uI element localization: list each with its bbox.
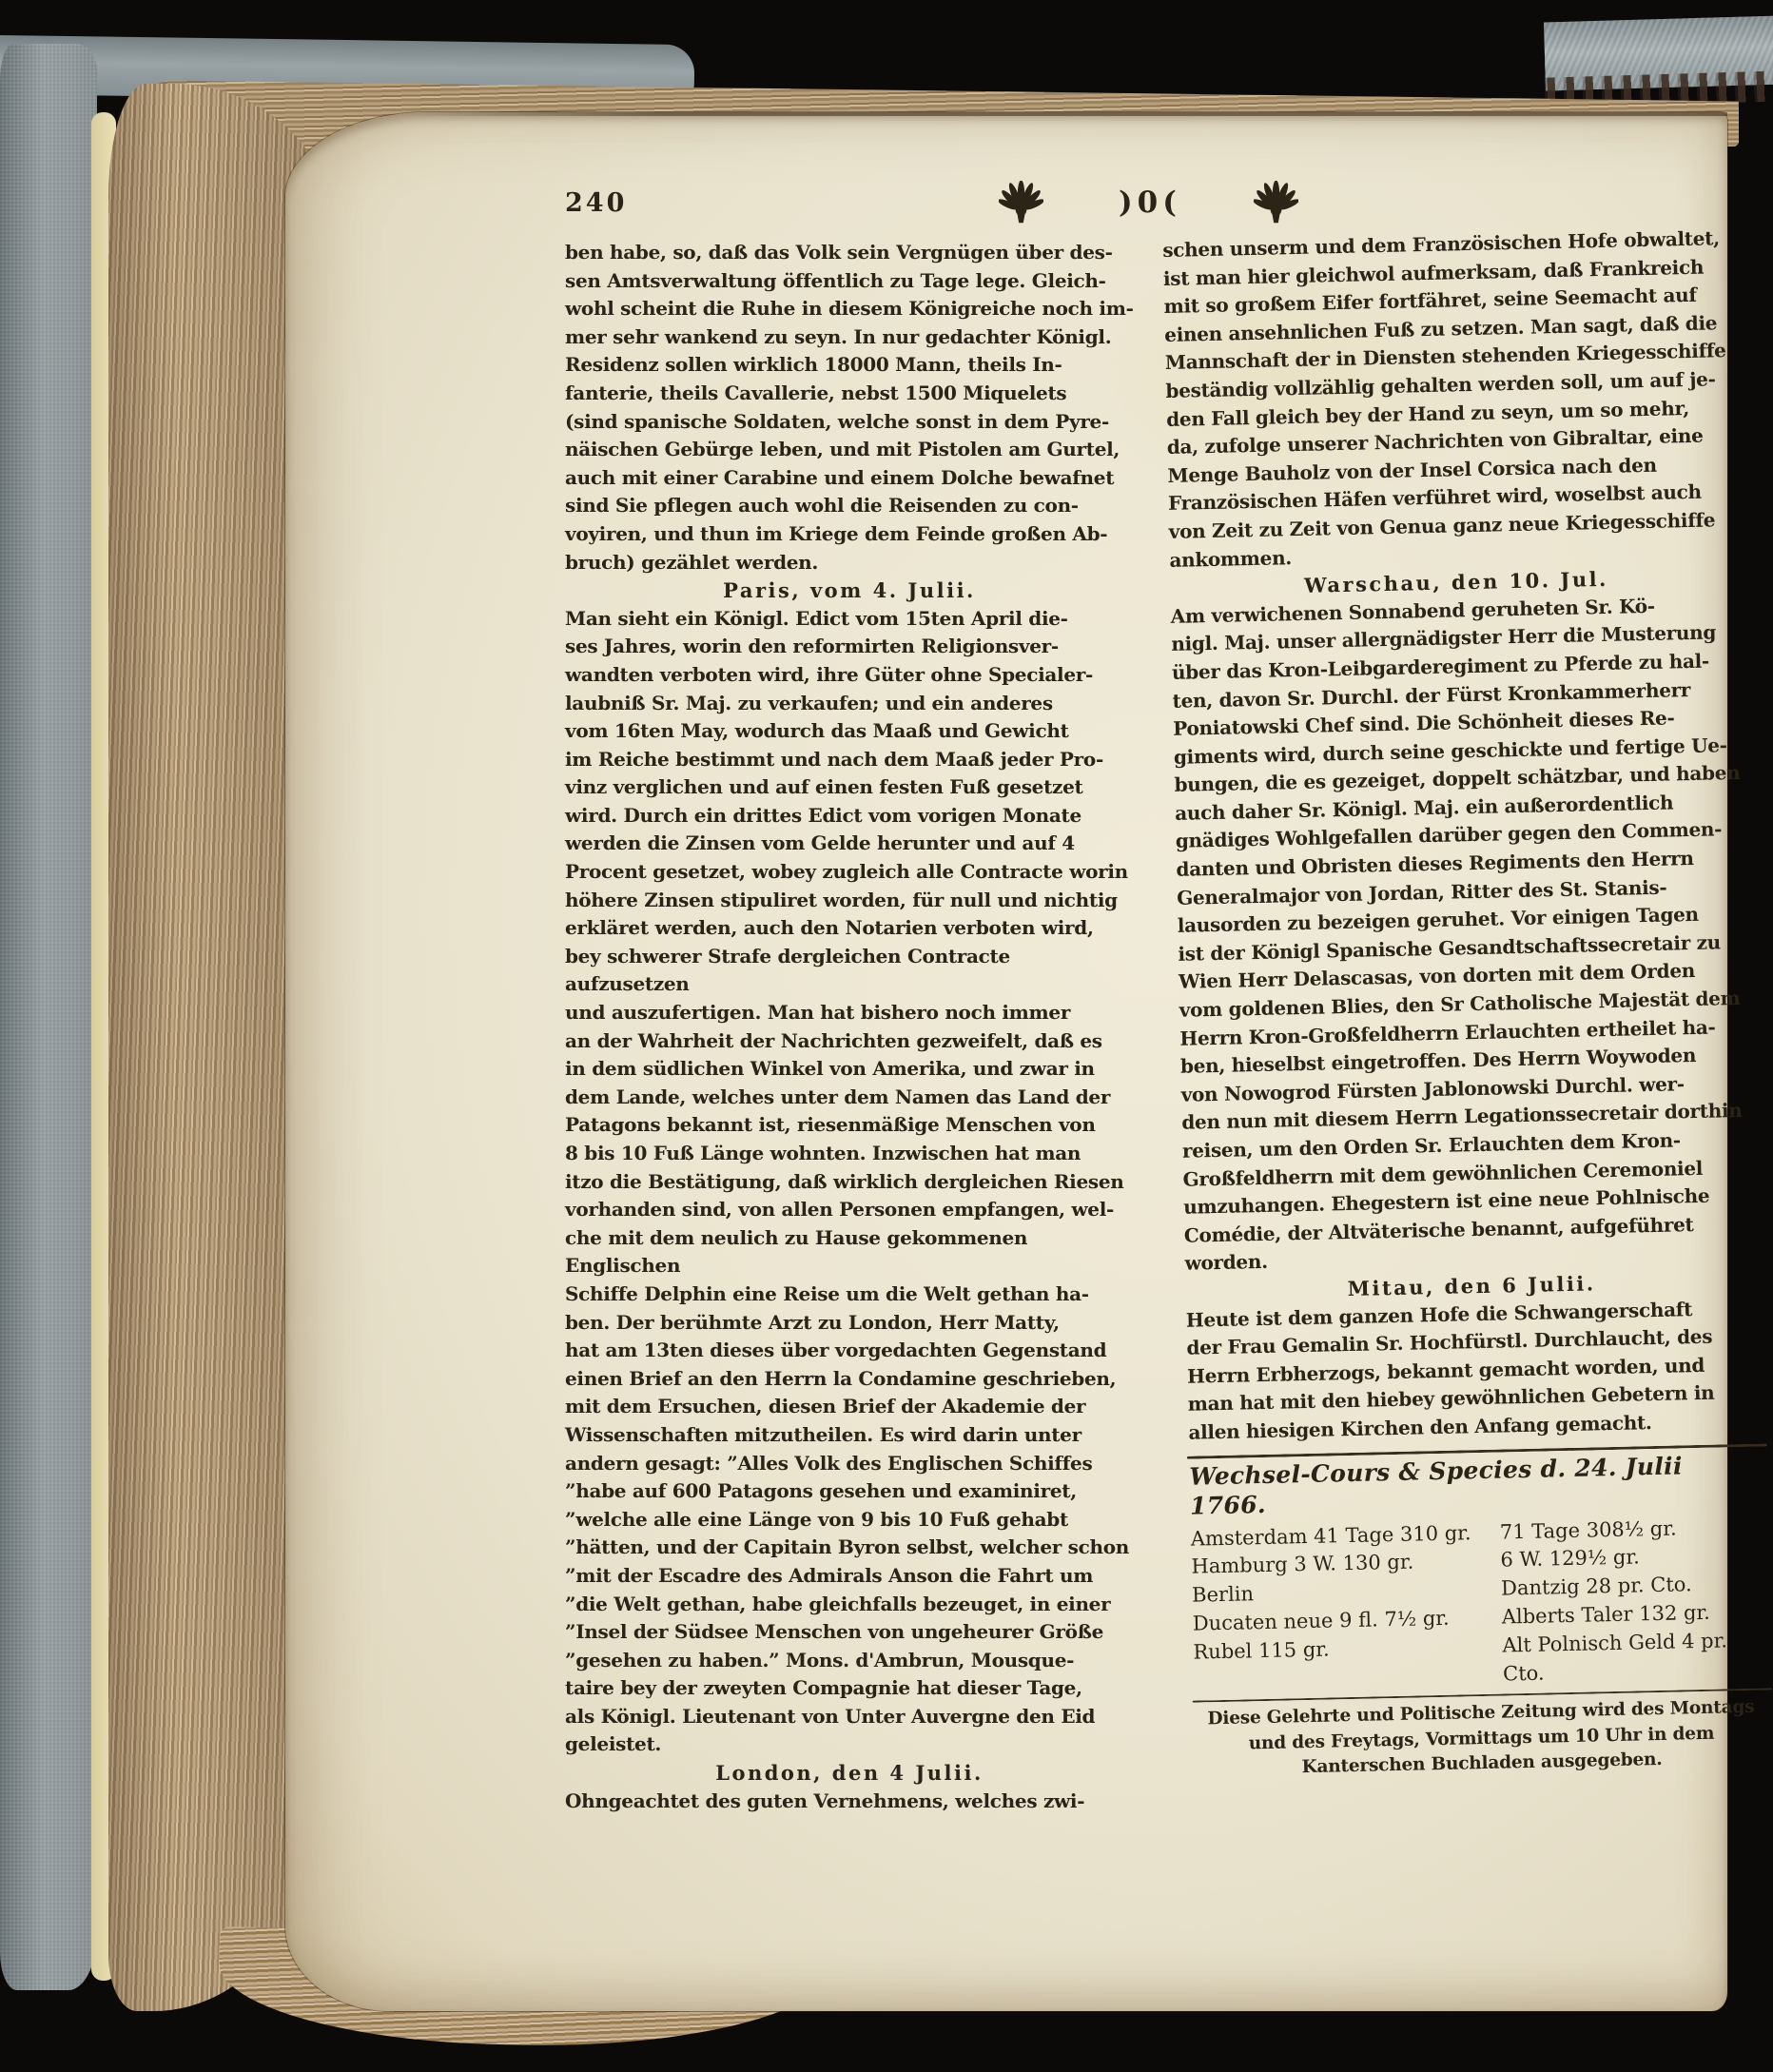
news-paragraph: schen unserm und dem Französischen Hofe … <box>1162 225 1743 575</box>
publication-notice: Diese Gelehrte und Politische Zeitung wi… <box>1195 1695 1769 1784</box>
news-paragraph: Ohngeachtet des guten Vernehmens, welche… <box>565 1788 1134 1816</box>
book-scan-photo: 240 )0( <box>0 0 1773 2072</box>
article-dateline: London, den 4 Julii. <box>565 1759 1134 1788</box>
exchange-right-cell: Alt Polnisch Geld 4 pr. Cto. <box>1502 1626 1766 1689</box>
exchange-row: Rubel 115 gr. Alt Polnisch Geld 4 pr. Ct… <box>1193 1626 1766 1695</box>
news-paragraph: ben habe, so, daß das Volk sein Vergnüge… <box>565 239 1134 577</box>
shell-fleuron-icon <box>999 181 1043 228</box>
exchange-left-cell: Rubel 115 gr. <box>1193 1632 1503 1695</box>
news-paragraph: Am verwichenen Sonnabend geruheten Sr. K… <box>1170 590 1757 1278</box>
book-spine-cloth <box>0 44 97 1990</box>
exchange-rate-table: Wechsel-Cours & Species d. 24. Julii 176… <box>1189 1449 1766 1695</box>
ornament-separator: )0( <box>1119 188 1181 218</box>
exchange-title: Wechsel-Cours & Species d. 24. Julii 176… <box>1189 1449 1763 1520</box>
news-paragraph: Heute ist dem ganzen Hofe die Schwangers… <box>1186 1294 1762 1447</box>
news-paragraph: Man sieht ein Königl. Edict vom 15ten Ap… <box>565 605 1134 1759</box>
text-column-left: ben habe, so, daß das Volk sein Vergnüge… <box>565 239 1134 1815</box>
text-column-right: schen unserm und dem Französischen Hofe … <box>1162 225 1768 1784</box>
page-number: 240 <box>565 190 627 216</box>
shell-fleuron-icon <box>1254 181 1298 228</box>
article-dateline: Paris, vom 4. Julii. <box>565 577 1134 605</box>
